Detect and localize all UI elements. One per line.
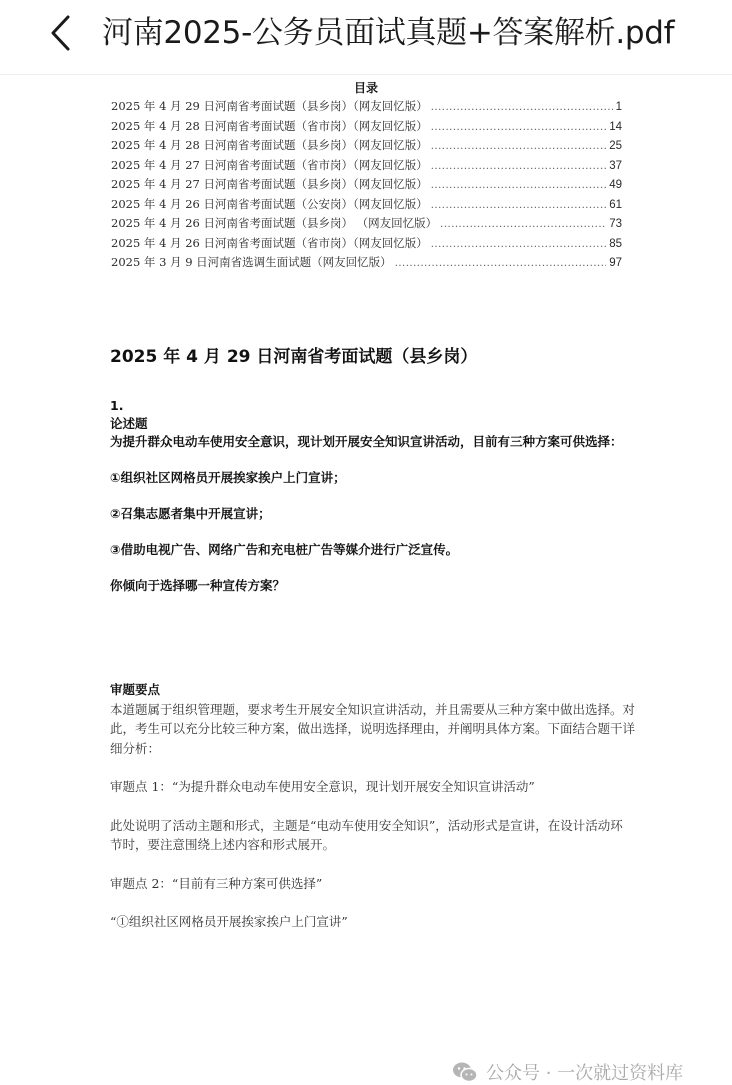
question-block: 1. 论述题 为提升群众电动车使用安全意识，现计划开展安全知识宣讲活动，目前有三… xyxy=(110,397,630,595)
toc-entry-page: 14 xyxy=(609,121,622,133)
toc-entry-page: 97 xyxy=(609,257,622,269)
toc-entry-page: 61 xyxy=(609,199,622,211)
toc-entry-page: 85 xyxy=(609,238,622,250)
toc-entry-label: 2025 年 4 月 26 日河南省考面试题（公安岗）（网友回忆版） xyxy=(111,196,428,212)
toc-leader-dots: ........................................… xyxy=(431,122,606,133)
question-option: ①组织社区网格员开展挨家挨户上门宣讲； xyxy=(110,469,630,487)
toc-entry[interactable]: 2025 年 4 月 26 日河南省考面试题（县乡岗） （网友回忆版） ....… xyxy=(111,215,622,235)
question-option: ③借助电视广告、网络广告和充电桩广告等媒介进行广泛宣传。 xyxy=(110,541,630,559)
toc-entry-label: 2025 年 4 月 27 日河南省考面试题（县乡岗）（网友回忆版） xyxy=(111,176,428,192)
toc-entry[interactable]: 2025 年 4 月 27 日河南省考面试题（省市岗）（网友回忆版） .....… xyxy=(111,157,622,177)
toc-entry-label: 2025 年 3 月 9 日河南省选调生面试题（网友回忆版） xyxy=(111,254,392,270)
toc-leader-dots: ........................................… xyxy=(431,161,606,172)
toc-entry[interactable]: 2025 年 3 月 9 日河南省选调生面试题（网友回忆版） .........… xyxy=(111,254,622,274)
question-option: ②召集志愿者集中开展宣讲； xyxy=(110,505,630,523)
toc-entry[interactable]: 2025 年 4 月 29 日河南省考面试题（县乡岗）（网友回忆版） .....… xyxy=(111,98,622,118)
toc-entry-page: 49 xyxy=(609,179,622,191)
toc-entry[interactable]: 2025 年 4 月 28 日河南省考面试题（省市岗）（网友回忆版） .....… xyxy=(111,118,622,138)
toc-entry-page: 37 xyxy=(609,160,622,172)
toc-entry-page: 73 xyxy=(609,218,622,230)
back-button[interactable] xyxy=(44,12,78,54)
toc-leader-dots: ........................................… xyxy=(395,258,607,269)
question-prompt: 你倾向于选择哪一种宣传方案？ xyxy=(110,577,630,595)
toc-leader-dots: ........................................… xyxy=(431,141,606,152)
analysis-block: 审题要点 本道题属于组织管理题，要求考生开展安全知识宣讲活动，并且需要从三种方案… xyxy=(110,680,635,932)
toc-entry-label: 2025 年 4 月 26 日河南省考面试题（县乡岗） （网友回忆版） xyxy=(111,215,437,231)
toc-entry-label: 2025 年 4 月 27 日河南省考面试题（省市岗）（网友回忆版） xyxy=(111,157,428,173)
toc-entry-page: 1 xyxy=(616,101,622,113)
document-title: 河南2025-公务员面试真题+答案解析.pdf xyxy=(102,12,674,54)
table-of-contents: 2025 年 4 月 29 日河南省考面试题（县乡岗）（网友回忆版） .....… xyxy=(111,98,622,274)
toc-leader-dots: ........................................… xyxy=(431,102,613,113)
toc-entry-page: 25 xyxy=(609,140,622,152)
analysis-title: 审题要点 xyxy=(110,680,635,700)
chevron-left-icon xyxy=(44,12,78,54)
analysis-point-1-detail: 此处说明了活动主题和形式，主题是“电动车使用安全知识”，活动形式是宣讲，在设计活… xyxy=(110,816,635,855)
analysis-point-2-quote: “①组织社区网格员开展挨家挨户上门宣讲” xyxy=(110,912,635,932)
analysis-point-1: 审题点 1：“为提升群众电动车使用安全意识，现计划开展安全知识宣讲活动” xyxy=(110,777,635,797)
toc-title: 目录 xyxy=(0,79,732,96)
toc-leader-dots: ........................................… xyxy=(431,239,606,250)
question-number: 1. xyxy=(110,397,630,415)
toc-entry[interactable]: 2025 年 4 月 26 日河南省考面试题（省市岗）（网友回忆版） .....… xyxy=(111,235,622,255)
toc-leader-dots: ........................................… xyxy=(440,219,606,230)
toc-leader-dots: ........................................… xyxy=(431,180,606,191)
toc-leader-dots: ........................................… xyxy=(431,200,606,211)
toc-entry[interactable]: 2025 年 4 月 26 日河南省考面试题（公安岗）（网友回忆版） .....… xyxy=(111,196,622,216)
analysis-point-2: 审题点 2：“目前有三种方案可供选择” xyxy=(110,874,635,894)
pdf-page[interactable]: 目录 2025 年 4 月 29 日河南省考面试题（县乡岗）（网友回忆版） ..… xyxy=(0,75,732,1024)
question-type: 论述题 xyxy=(110,415,630,433)
question-stem: 为提升群众电动车使用安全意识，现计划开展安全知识宣讲活动，目前有三种方案可供选择… xyxy=(110,433,630,451)
toc-entry[interactable]: 2025 年 4 月 27 日河南省考面试题（县乡岗）（网友回忆版） .....… xyxy=(111,176,622,196)
toc-entry-label: 2025 年 4 月 26 日河南省考面试题（省市岗）（网友回忆版） xyxy=(111,235,428,251)
toc-entry-label: 2025 年 4 月 28 日河南省考面试题（省市岗）（网友回忆版） xyxy=(111,118,428,134)
toc-entry-label: 2025 年 4 月 28 日河南省考面试题（县乡岗）（网友回忆版） xyxy=(111,137,428,153)
section-heading: 2025 年 4 月 29 日河南省考面试题（县乡岗） xyxy=(110,342,477,367)
top-bar: 河南2025-公务员面试真题+答案解析.pdf xyxy=(0,0,732,75)
toc-entry[interactable]: 2025 年 4 月 28 日河南省考面试题（县乡岗）（网友回忆版） .....… xyxy=(111,137,622,157)
analysis-intro: 本道题属于组织管理题，要求考生开展安全知识宣讲活动，并且需要从三种方案中做出选择… xyxy=(110,700,635,759)
toc-entry-label: 2025 年 4 月 29 日河南省考面试题（县乡岗）（网友回忆版） xyxy=(111,98,428,114)
